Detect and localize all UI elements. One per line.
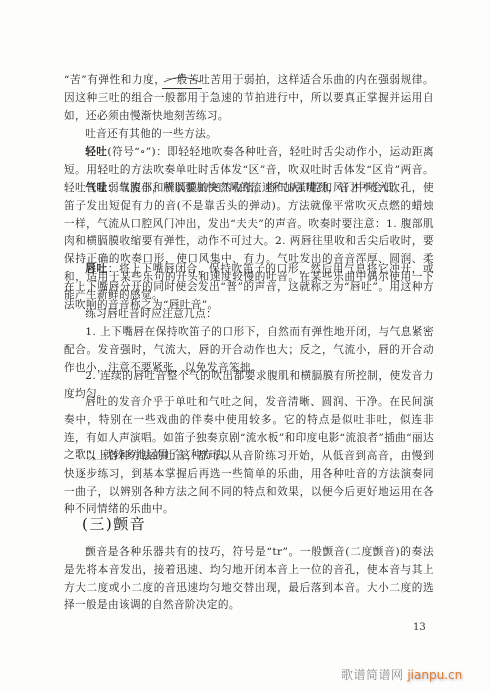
- paragraph-text: 吐音还有其他的一些方法。: [64, 126, 434, 144]
- paragraph-other-methods: 吐音还有其他的一些方法。: [64, 126, 434, 144]
- book-page: ∧ “苦”有弹性和力度，一般苦吐苦用于弱拍，这样适合乐曲的内在强弱规律。因这种三…: [0, 0, 490, 693]
- paragraph-text: 练习唇吐音时应注意几点：: [64, 306, 434, 324]
- paragraph-text: ：将上下嘴唇闭合，保持吹笛子的口形，然后用气息将它冲开，或在上下嘴唇分开的同时便…: [64, 263, 434, 311]
- watermark-cn-text: 歌谱简谱网: [341, 668, 404, 682]
- paragraph-text: “苦”有弹性和力度，一般苦吐苦用于弱拍，这样适合乐曲的内在强弱规律。因这种三吐的…: [64, 72, 434, 125]
- paragraph-practice-summary: 以上各种方法的吐音，都可以从音阶练习开始，从低音到高音，由慢到快逐步练习，到基本…: [64, 448, 434, 519]
- site-watermark: 歌谱简谱网 jianpu.cn: [341, 666, 462, 683]
- section-heading-trill: (三)颤音: [82, 513, 146, 534]
- paragraph-lip-notes-intro: 练习唇吐音时应注意几点：: [64, 306, 434, 324]
- paragraph-text: 以上各种方法的吐音，都可以从音阶练习开始，从低音到高音，由慢到快逐步练习，到基本…: [64, 448, 434, 519]
- page-number: 13: [413, 622, 426, 633]
- term-light-tongue: 轻吐: [85, 146, 107, 158]
- term-lip-tongue: 唇吐: [85, 263, 108, 275]
- paragraph-triple-tongue: “苦”有弹性和力度，一般苦吐苦用于弱拍，这样适合乐曲的内在强弱规律。因这种三吐的…: [64, 72, 434, 125]
- watermark-url-text: jianpu.cn: [407, 668, 462, 682]
- paragraph-text: 颤音是各种乐器共有的技巧，符号是“tr”。一般颤音(二度颤音)的奏法是先将本音发…: [64, 544, 434, 615]
- paragraph-trill: 颤音是各种乐器共有的技巧，符号是“tr”。一般颤音(二度颤音)的奏法是先将本音发…: [64, 544, 434, 615]
- term-breath-tongue: 气吐: [85, 182, 108, 194]
